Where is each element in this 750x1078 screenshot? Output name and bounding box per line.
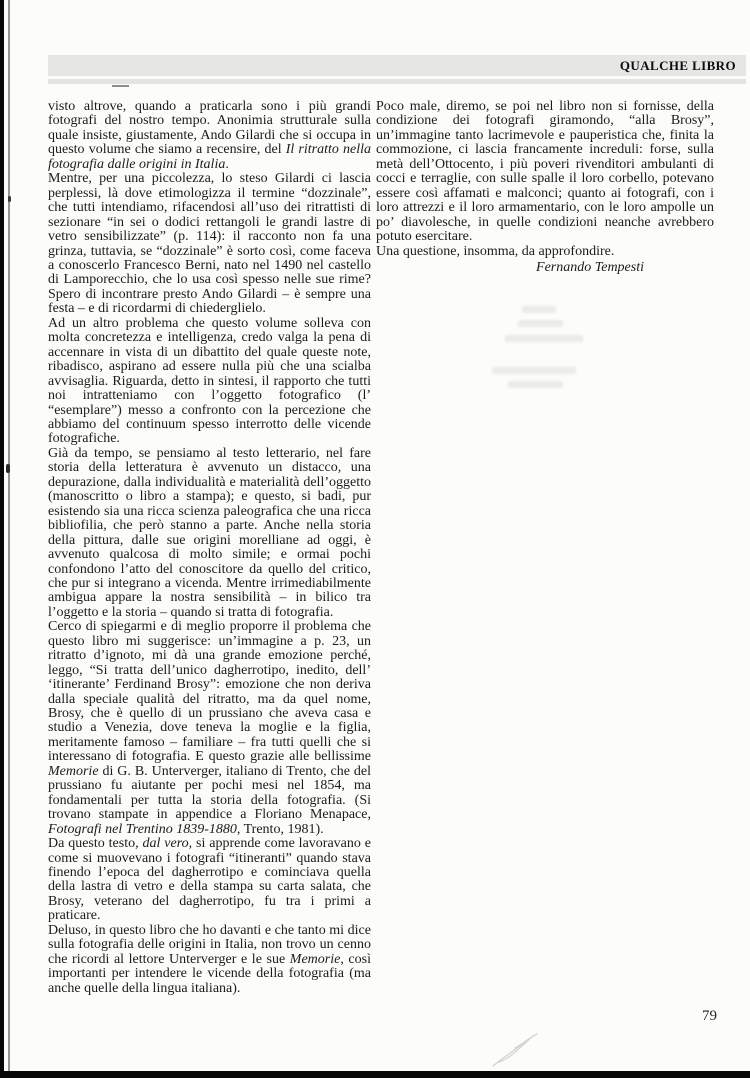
body-text: . bbox=[225, 157, 229, 172]
right-paragraphs: Poco male, diremo, se poi nel libro non … bbox=[376, 100, 714, 259]
paragraph: Mentre, per una piccolezza, lo steso Gil… bbox=[48, 172, 371, 317]
bleed-through-line bbox=[518, 320, 563, 327]
scan-edge-left bbox=[0, 0, 4, 1078]
page-number: 79 bbox=[702, 1008, 717, 1025]
paragraph: Ad un altro problema che questo volume s… bbox=[48, 317, 371, 447]
section-header-band: QUALCHE LIBRO bbox=[48, 55, 746, 76]
scan-edge-bottom bbox=[0, 1071, 750, 1078]
body-text: Ad un altro problema che questo volume s… bbox=[48, 316, 371, 447]
italic-text: Memorie bbox=[290, 952, 341, 967]
section-header-rule bbox=[48, 79, 746, 84]
body-text: Da questo testo, bbox=[48, 836, 143, 851]
body-text: Mentre, per una piccolezza, lo steso Gil… bbox=[48, 171, 371, 316]
paragraph: Poco male, diremo, se poi nel libro non … bbox=[376, 100, 714, 245]
header-dash-mark bbox=[112, 85, 129, 87]
author-signature: Fernando Tempesti bbox=[376, 261, 714, 275]
body-text: Già da tempo, se pensiamo al testo lette… bbox=[48, 446, 371, 620]
paragraph: Già da tempo, se pensiamo al testo lette… bbox=[48, 447, 371, 620]
body-text: Una questione, insomma, da approfondire. bbox=[376, 244, 614, 259]
bleed-through-line bbox=[522, 306, 556, 313]
body-text: Cerco di spiegarmi e di meglio proporre … bbox=[48, 619, 371, 764]
paragraph: Una questione, insomma, da approfondire. bbox=[376, 245, 714, 259]
scan-fold-line bbox=[8, 0, 10, 1078]
italic-text: Memorie bbox=[48, 764, 99, 779]
scanned-page: QUALCHE LIBRO visto altrove, quando a pr… bbox=[0, 0, 750, 1078]
paragraph: Deluso, in questo libro che ho davanti e… bbox=[48, 924, 371, 996]
scan-speck bbox=[6, 464, 10, 473]
left-column: visto altrove, quando a praticarla sono … bbox=[48, 100, 371, 996]
scan-speck bbox=[8, 196, 11, 202]
body-text: , Trento, 1981). bbox=[237, 822, 324, 837]
body-text: Poco male, diremo, se poi nel libro non … bbox=[376, 99, 714, 244]
pencil-smudge bbox=[485, 1022, 575, 1072]
bleed-through-line bbox=[505, 335, 583, 342]
section-header-label: QUALCHE LIBRO bbox=[620, 55, 736, 76]
right-column: Poco male, diremo, se poi nel libro non … bbox=[376, 100, 714, 275]
bleed-through-line bbox=[492, 367, 576, 374]
italic-text: dal vero bbox=[143, 836, 189, 851]
paragraph: Da questo testo, dal vero, si apprende c… bbox=[48, 837, 371, 924]
paragraph: Cerco di spiegarmi e di meglio proporre … bbox=[48, 620, 371, 837]
bleed-through-line bbox=[508, 381, 563, 388]
paragraph: visto altrove, quando a praticarla sono … bbox=[48, 100, 371, 172]
italic-text: Fotografi nel Trentino 1839-1880 bbox=[48, 822, 237, 837]
